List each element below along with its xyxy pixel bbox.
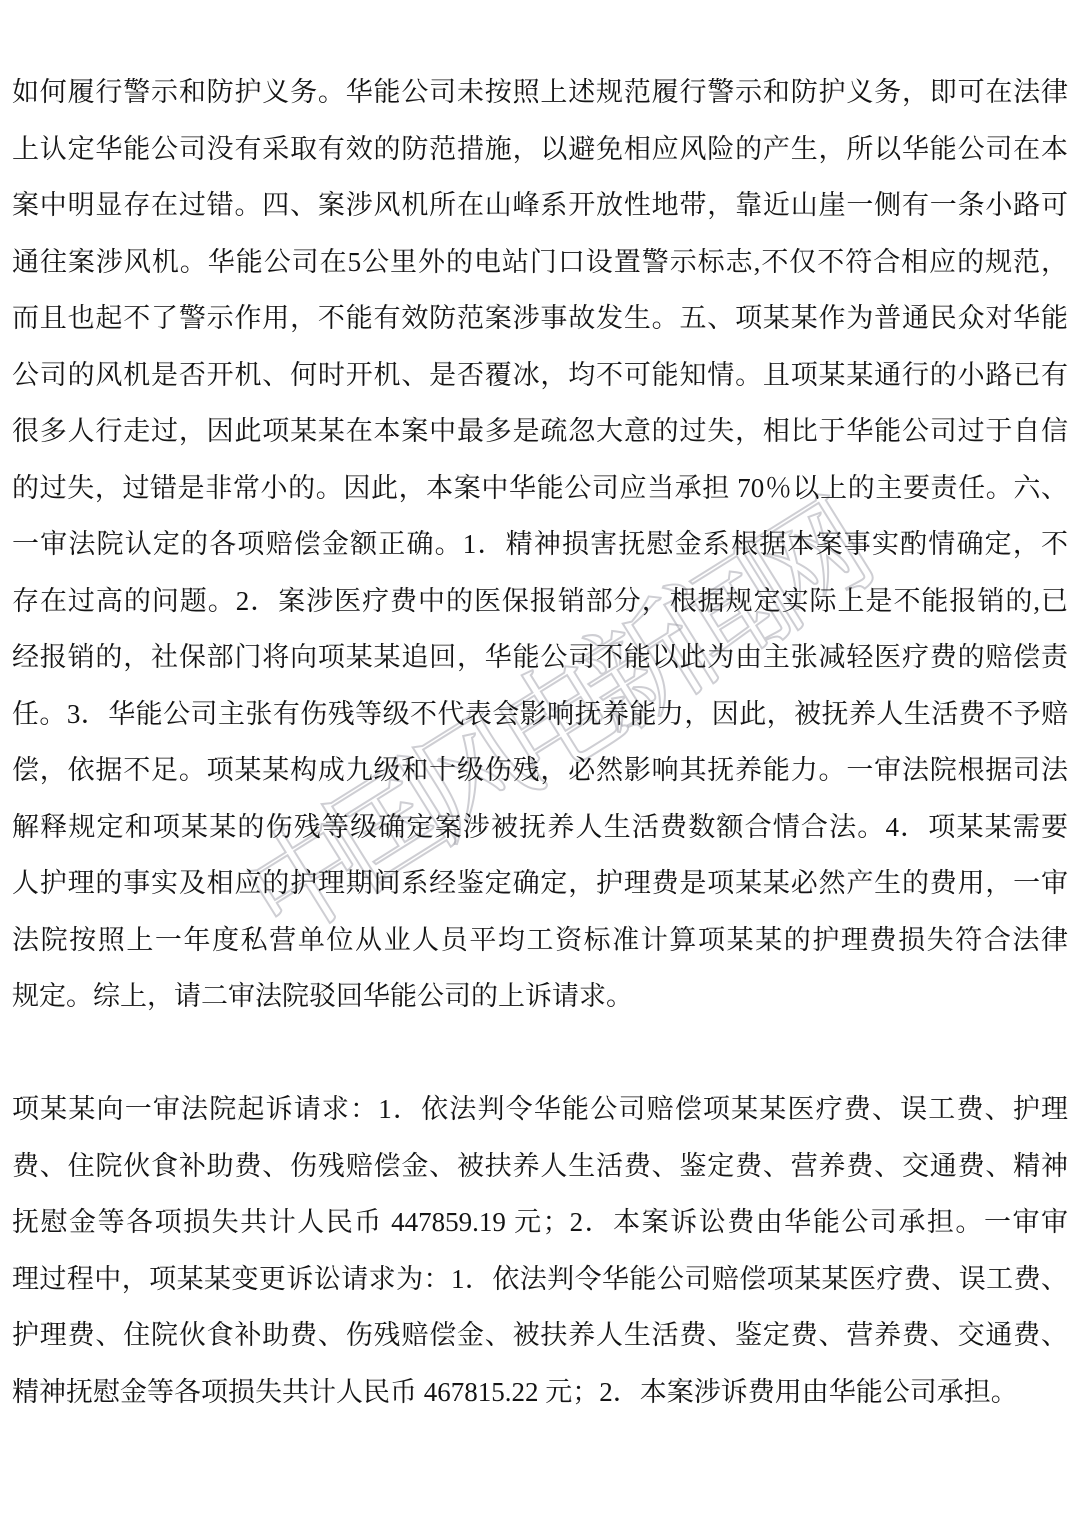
text-line: 任。3．华能公司主张有伤残等级不代表会影响抚养能力，因此，被抚养人生活费不予赔 [12,686,1068,743]
text-line: 的过失，过错是非常小的。因此，本案中华能公司应当承担 70％以上的主要责任。六、 [12,460,1068,517]
text-line: 理过程中，项某某变更诉讼请求为：1．依法判令华能公司赔偿项某某医疗费、误工费、 [12,1251,1068,1308]
text-line: 法院按照上一年度私营单位从业人员平均工资标准计算项某某的护理费损失符合法律 [12,912,1068,969]
text-line: 一审法院认定的各项赔偿金额正确。1．精神损害抚慰金系根据本案事实酌情确定，不 [12,516,1068,573]
text-line: 案中明显存在过错。四、案涉风机所在山峰系开放性地带，靠近山崖一侧有一条小路可 [12,177,1068,234]
document-page: 中国风电新闻网 如何履行警示和防护义务。华能公司未按照上述规范履行警示和防护义务… [0,0,1080,1527]
text-line: 偿，依据不足。项某某构成九级和十级伤残，必然影响其抚养能力。一审法院根据司法 [12,742,1068,799]
text-line: 费、住院伙食补助费、伤残赔偿金、被扶养人生活费、鉴定费、营养费、交通费、精神 [12,1138,1068,1195]
text-line: 护理费、住院伙食补助费、伤残赔偿金、被扶养人生活费、鉴定费、营养费、交通费、 [12,1307,1068,1364]
text-line: 规定。综上，请二审法院驳回华能公司的上诉请求。 [12,968,1068,1025]
text-line: 经报销的，社保部门将向项某某追回，华能公司不能以此为由主张减轻医疗费的赔偿责 [12,629,1068,686]
text-line: 很多人行走过，因此项某某在本案中最多是疏忽大意的过失，相比于华能公司过于自信 [12,403,1068,460]
text-line: 解释规定和项某某的伤残等级确定案涉被抚养人生活费数额合情合法。4．项某某需要 [12,799,1068,856]
text-line: 如何履行警示和防护义务。华能公司未按照上述规范履行警示和防护义务，即可在法律 [12,64,1068,121]
text-line: 而且也起不了警示作用，不能有效防范案涉事故发生。五、项某某作为普通民众对华能 [12,290,1068,347]
text-line: 人护理的事实及相应的护理期间系经鉴定确定，护理费是项某某必然产生的费用，一审 [12,855,1068,912]
text-line: 项某某向一审法院起诉请求：1．依法判令华能公司赔偿项某某医疗费、误工费、护理 [12,1081,1068,1138]
text-line: 通往案涉风机。华能公司在5公里外的电站门口设置警示标志,不仅不符合相应的规范， [12,234,1068,291]
text-line: 上认定华能公司没有采取有效的防范措施，以避免相应风险的产生，所以华能公司在本 [12,121,1068,178]
document-body: 如何履行警示和防护义务。华能公司未按照上述规范履行警示和防护义务，即可在法律上认… [12,0,1068,1420]
paragraph-2: 项某某向一审法院起诉请求：1．依法判令华能公司赔偿项某某医疗费、误工费、护理费、… [12,1081,1068,1420]
paragraph-1: 如何履行警示和防护义务。华能公司未按照上述规范履行警示和防护义务，即可在法律上认… [12,64,1068,1025]
text-line: 抚慰金等各项损失共计人民币 447859.19 元；2．本案诉讼费由华能公司承担… [12,1194,1068,1251]
text-line: 精神抚慰金等各项损失共计人民币 467815.22 元；2．本案涉诉费用由华能公… [12,1364,1068,1421]
text-line: 公司的风机是否开机、何时开机、是否覆冰，均不可能知情。且项某某通行的小路已有 [12,347,1068,404]
text-line: 存在过高的问题。2．案涉医疗费中的医保报销部分，根据规定实际上是不能报销的,已 [12,573,1068,630]
